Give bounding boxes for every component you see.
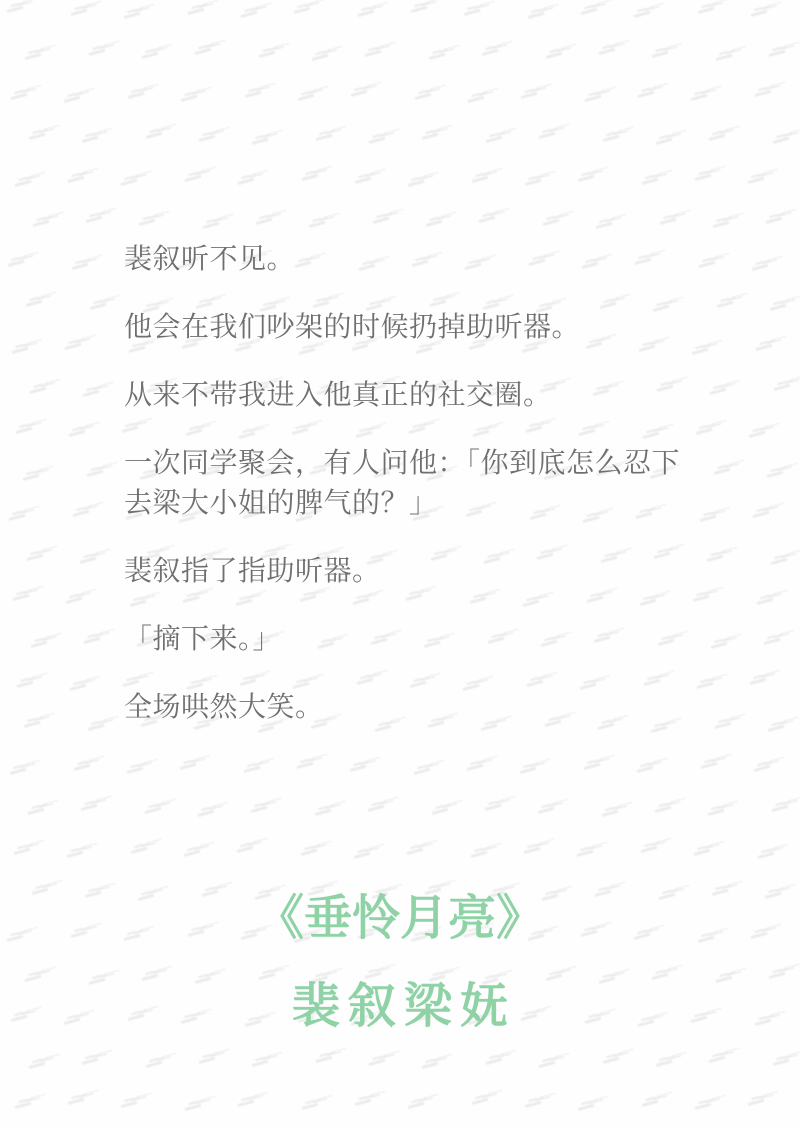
watermark-mark [748, 3, 776, 19]
watermark-mark [370, 210, 398, 226]
watermark-mark [12, 173, 40, 189]
paragraph: 裴叙指了指助听器。 [124, 551, 692, 591]
watermark-mark [768, 551, 796, 567]
watermark-mark [80, 383, 108, 399]
watermark-mark [124, 760, 152, 776]
watermark-mark [84, 463, 112, 479]
watermark-mark [755, 845, 783, 861]
watermark-mark [517, 760, 545, 776]
watermark-mark [235, 1093, 263, 1109]
watermark-mark [405, 173, 433, 189]
watermark-mark [118, 1094, 146, 1110]
watermark-mark [14, 674, 42, 690]
watermark-mark [249, 131, 277, 147]
watermark-mark [419, 126, 447, 142]
watermark-mark [688, 87, 716, 103]
watermark-mark [21, 714, 49, 730]
watermark-mark [196, 1050, 224, 1066]
watermark-mark [639, 1093, 667, 1109]
watermark-mark [65, 1091, 93, 1107]
watermark-mark [469, 1091, 497, 1107]
watermark-mark [714, 294, 742, 310]
watermark-mark [256, 44, 284, 60]
watermark-mark [575, 168, 603, 184]
watermark-mark [578, 1, 606, 17]
watermark-mark [763, 210, 791, 226]
watermark-mark [652, 799, 680, 815]
watermark-mark [69, 256, 97, 272]
watermark-mark [299, 167, 327, 183]
watermark-mark [136, 212, 164, 228]
watermark-mark [27, 380, 55, 396]
watermark-mark [461, 2, 489, 18]
book-title: 《垂怜月亮》 [0, 891, 800, 947]
watermark-mark [121, 5, 149, 21]
watermark-mark [142, 800, 170, 816]
watermark-mark [24, 547, 52, 563]
watermark-mark [26, 126, 54, 142]
watermark-mark [181, 843, 209, 859]
watermark-mark [20, 467, 48, 483]
watermark-mark [693, 421, 721, 437]
watermark-mark [78, 797, 106, 813]
watermark-mark [426, 46, 454, 62]
watermark-mark [8, 86, 36, 102]
watermark-mark [582, 88, 610, 104]
watermark-mark [306, 214, 334, 230]
watermark-mark [241, 759, 269, 775]
watermark-mark [28, 634, 56, 650]
watermark-mark [234, 839, 262, 855]
watermark-mark [483, 129, 511, 145]
watermark-mark [192, 41, 220, 57]
watermark-mark [522, 172, 550, 188]
watermark-mark [411, 761, 439, 777]
watermark-mark [291, 0, 319, 16]
book-main-characters: 裴叙梁妩 [0, 979, 800, 1035]
watermark-mark [182, 168, 210, 184]
watermark-mark [23, 293, 51, 309]
watermark-mark [125, 85, 153, 101]
watermark-mark [68, 2, 96, 18]
watermark-mark [347, 758, 375, 774]
watermark-mark [695, 0, 723, 16]
watermark-mark [30, 213, 58, 229]
watermark-mark [464, 757, 492, 773]
watermark-mark [352, 1092, 380, 1108]
watermark-mark [600, 1050, 628, 1066]
watermark-mark [761, 631, 789, 647]
watermark-mark [313, 1049, 341, 1065]
watermark-mark [705, 802, 733, 818]
watermark-mark [653, 1053, 681, 1069]
watermark-mark [295, 87, 323, 103]
watermark-mark [753, 337, 781, 353]
watermark-mark [11, 841, 39, 857]
watermark-mark [248, 799, 276, 815]
watermark-mark [764, 464, 792, 480]
watermark-mark [706, 127, 734, 143]
watermark-mark [71, 757, 99, 773]
watermark-mark [479, 42, 507, 58]
watermark-mark [365, 798, 393, 814]
watermark-mark [691, 842, 719, 858]
watermark-mark [5, 253, 33, 269]
watermark-mark [195, 803, 223, 819]
watermark-mark [118, 172, 146, 188]
watermark-mark [593, 215, 621, 231]
watermark-mark [482, 797, 510, 813]
watermark-mark [769, 798, 797, 814]
watermark-mark [200, 215, 228, 231]
watermark-mark [178, 88, 206, 104]
watermark-mark [694, 675, 722, 691]
watermark-mark [139, 45, 167, 61]
watermark-mark [771, 377, 799, 393]
paragraph: 「摘下来。」 [124, 619, 692, 659]
watermark-mark [745, 170, 773, 186]
watermark-mark [81, 630, 109, 646]
watermark-mark [63, 590, 91, 606]
watermark-mark [70, 503, 98, 519]
watermark-mark [404, 841, 432, 857]
watermark-mark [86, 42, 114, 58]
watermark-mark [575, 1097, 603, 1113]
watermark-mark [711, 461, 739, 477]
watermark-mark [355, 3, 383, 19]
watermark-mark [185, 1, 213, 17]
watermark-mark [751, 758, 779, 774]
watermark-mark [713, 47, 741, 63]
watermark-mark [253, 211, 281, 227]
watermark-mark [62, 336, 90, 352]
watermark-mark [521, 840, 549, 856]
watermark-mark [698, 755, 726, 771]
watermark-mark [468, 844, 496, 860]
watermark-mark [128, 840, 156, 856]
watermark-mark [64, 844, 92, 860]
watermark-mark [704, 548, 732, 564]
watermark-mark [692, 1096, 720, 1112]
watermark-mark [770, 130, 798, 146]
watermark-mark [639, 171, 667, 187]
watermark-mark [525, 5, 553, 21]
watermark-mark [85, 717, 113, 733]
watermark-mark [79, 1051, 107, 1067]
watermark-mark [581, 756, 609, 772]
watermark-mark [405, 1095, 433, 1111]
watermark-mark [348, 83, 376, 99]
watermark-mark [634, 759, 662, 775]
watermark-mark [483, 1051, 511, 1067]
watermark-mark [535, 800, 563, 816]
watermark-mark [408, 0, 436, 15]
watermark-mark [649, 44, 677, 60]
watermark-mark [692, 167, 720, 183]
watermark-mark [754, 591, 782, 607]
watermark-mark [469, 169, 497, 185]
watermark-mark [518, 85, 546, 101]
watermark-mark [770, 1052, 798, 1068]
watermark-mark [65, 169, 93, 185]
watermark-mark [25, 801, 53, 817]
watermark-mark [600, 128, 628, 144]
watermark-mark [143, 125, 171, 141]
watermark-mark [766, 43, 794, 59]
watermark-mark [309, 47, 337, 63]
watermark-mark [712, 715, 740, 731]
book-title-block: 《垂怜月亮》 裴叙梁妩 [0, 891, 800, 1035]
watermark-mark [196, 128, 224, 144]
watermark-mark [249, 1053, 277, 1069]
watermark-mark [746, 424, 774, 440]
watermark-mark [767, 297, 795, 313]
watermark-mark [366, 1052, 394, 1068]
watermark-mark [66, 423, 94, 439]
watermark-mark [77, 550, 105, 566]
watermark-mark [412, 86, 440, 102]
watermark-mark [690, 588, 718, 604]
watermark-mark [429, 801, 457, 817]
watermark-mark [522, 1094, 550, 1110]
watermark-mark [351, 845, 379, 861]
watermark-mark [465, 89, 493, 105]
watermark-mark [706, 1049, 734, 1065]
paragraph: 从来不带我进入他真正的社交圈。 [124, 375, 692, 415]
watermark-mark [143, 1054, 171, 1070]
watermark-mark [177, 756, 205, 772]
watermark-mark [10, 587, 38, 603]
watermark-mark [423, 213, 451, 229]
watermark-mark [67, 677, 95, 693]
watermark-mark [294, 755, 322, 771]
watermark-mark [87, 296, 115, 312]
watermark-mark [543, 45, 571, 61]
watermark-mark [631, 4, 659, 20]
watermark-mark [707, 381, 735, 397]
watermark-mark [596, 41, 624, 57]
watermark-mark [419, 1055, 447, 1071]
paragraph: 全场哄然大笑。 [124, 687, 692, 727]
watermark-mark [653, 131, 681, 147]
watermark-mark [235, 171, 263, 187]
watermark-mark [476, 209, 504, 225]
watermark-mark [61, 89, 89, 105]
watermark-mark [298, 842, 326, 858]
watermark-mark [242, 84, 270, 100]
watermark-mark [745, 1092, 773, 1108]
excerpt-text: 裴叙听不见。 他会在我们吵架的时候扔掉助听器。 从来不带我进入他真正的社交圈。 … [124, 239, 692, 755]
watermark-mark [710, 214, 738, 230]
watermark-mark [6, 507, 34, 523]
watermark-mark [689, 341, 717, 357]
watermark-mark [26, 1055, 54, 1071]
watermark-mark [750, 504, 778, 520]
watermark-mark [599, 803, 627, 819]
watermark-mark [13, 420, 41, 436]
watermark-mark [696, 254, 724, 270]
watermark-mark [12, 1095, 40, 1111]
watermark-mark [638, 839, 666, 855]
watermark-mark [312, 802, 340, 818]
watermark-mark [238, 4, 266, 20]
watermark-mark [574, 843, 602, 859]
watermark-mark [313, 127, 341, 143]
watermark-mark [79, 129, 107, 145]
watermark-mark [749, 257, 777, 273]
paragraph: 他会在我们吵架的时候扔掉助听器。 [124, 307, 692, 347]
watermark-mark [299, 1096, 327, 1112]
paragraph: 裴叙听不见。 [124, 239, 692, 279]
paragraph: 一次同学聚会，有人问他：「你到底怎么忍下去梁大小姐的脾气的？」 [124, 443, 692, 523]
watermark-mark [7, 761, 35, 777]
watermark-mark [22, 46, 50, 62]
watermark-mark [366, 130, 394, 146]
watermark-mark [697, 508, 725, 524]
watermark-mark [182, 1097, 210, 1113]
watermark-mark [536, 125, 564, 141]
watermark-mark [352, 170, 380, 186]
watermark-mark [9, 340, 37, 356]
watermark-mark [4, 0, 32, 15]
watermark-mark [362, 43, 390, 59]
watermark-mark [765, 718, 793, 734]
watermark-mark [536, 1054, 564, 1070]
watermark-mark [635, 84, 663, 100]
watermark-mark [752, 83, 780, 99]
watermark-mark [747, 671, 775, 687]
watermark-mark [708, 635, 736, 651]
watermark-mark [657, 211, 685, 227]
novel-excerpt-page: { "page": { "background_color": "#fefefe… [0, 0, 800, 1128]
watermark-mark [83, 209, 111, 225]
watermark-mark [540, 212, 568, 228]
